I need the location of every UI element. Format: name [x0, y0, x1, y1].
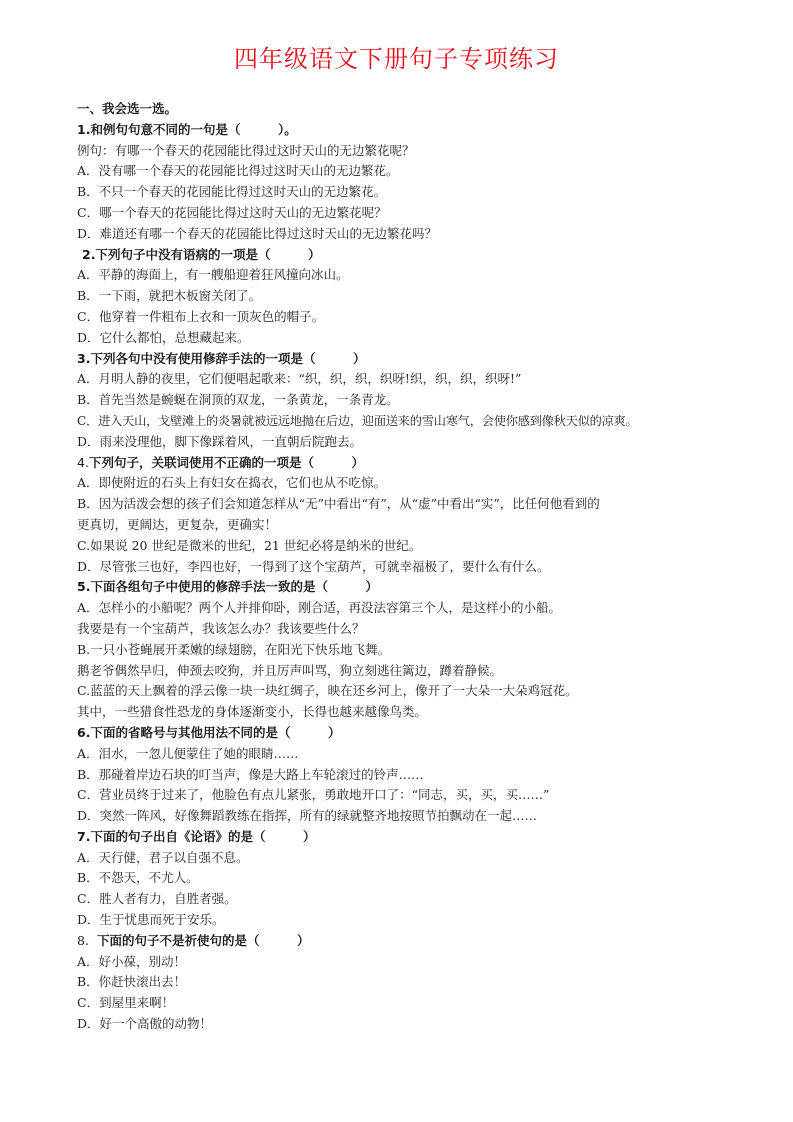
option-c: C．到屋里来啊！ [77, 993, 767, 1014]
option-a: A．好小葆，别动！ [77, 952, 767, 973]
question-prompt: 8.下面的句子不是祈使句的是（ ） [77, 931, 767, 952]
option-d: D．难道还有哪一个春天的花园能比得过这时天山的无边繁花吗？ [77, 224, 767, 245]
question-6: 6.下面的省略号与其他用法不同的是（ ） A．泪水，一忽儿便蒙住了她的眼睛…… … [77, 723, 767, 827]
option-d: D．尽管张三也好，李四也好，一得到了这个宝葫芦，可就幸福极了，要什么有什么。 [77, 557, 767, 578]
option-d: D．雨来没理他，脚下像踩着风，一直朝后院跑去。 [77, 432, 767, 453]
option-b-continued: 更真切，更阔达，更复杂，更确实！ [77, 515, 767, 536]
option-b: B．不怨天，不尤人。 [77, 868, 767, 889]
option-a-second: 我要是有一个宝葫芦，我该怎么办？我该要些什么？ [77, 619, 767, 640]
option-d: D．好一个高傲的动物！ [77, 1014, 767, 1035]
option-c-second: 其中，一些猎食性恐龙的身体逐渐变小，长得也越来越像鸟类。 [77, 702, 767, 723]
option-d: D．生于忧患而死于安乐。 [77, 910, 767, 931]
option-a: A．没有哪一个春天的花园能比得过这时天山的无边繁花。 [77, 161, 767, 182]
option-b: B．你赶快滚出去！ [77, 972, 767, 993]
question-3: 3.下列各句中没有使用修辞手法的一项是（ ） A．月明人静的夜里，它们便唱起歌来… [77, 349, 767, 453]
option-b: B．因为活泼会想的孩子们会知道怎样从“无”中看出“有”，从“虚”中看出“实”，比… [77, 494, 767, 515]
question-prompt: 2.下列句子中没有语病的一项是（ ） [77, 245, 767, 266]
question-prompt: 5.下面各组句子中使用的修辞手法一致的是（ ） [77, 577, 767, 598]
option-a: A．平静的海面上，有一艘船迎着狂风撞向冰山。 [77, 265, 767, 286]
option-c: C．他穿着一件粗布上衣和一顶灰色的帽子。 [77, 307, 767, 328]
option-c: C.如果说 20 世纪是微米的世纪，21 世纪必将是纳米的世纪。 [77, 536, 767, 557]
question-prompt: 4.下列句子，关联词使用不正确的一项是（ ） [77, 453, 767, 474]
option-b: B．那碰着岸边石块的叮当声，像是大路上车轮滚过的铃声…… [77, 765, 767, 786]
option-b: B．不只一个春天的花园能比得过这时天山的无边繁花。 [77, 182, 767, 203]
question-prompt: 1.和例句句意不同的一句是（ ）。 [77, 120, 767, 141]
option-c: C．哪一个春天的花园能比得过这时天山的无边繁花呢？ [77, 203, 767, 224]
document-title: 四年级语文下册句子专项练习 [0, 44, 793, 74]
option-c: C．进入天山，戈壁滩上的炎暑就被远远地抛在后边，迎面送来的雪山寒气，会使你感到像… [77, 411, 767, 432]
question-7: 7.下面的句子出自《论语》的是（ ） A．天行健，君子以自强不息。 B．不怨天，… [77, 827, 767, 931]
document-body: 一、我会选一选。 1.和例句句意不同的一句是（ ）。 例句：有哪一个春天的花园能… [77, 99, 767, 1035]
option-a: A．即使附近的石头上有妇女在捣衣，它们也从不吃惊。 [77, 473, 767, 494]
option-d: D．它什么都怕，总想藏起来。 [77, 328, 767, 349]
option-d: D．突然一阵风，好像舞蹈教练在指挥，所有的绿就整齐地按照节拍飘动在一起…… [77, 806, 767, 827]
option-c: C.蓝蓝的天上飘着的浮云像一块一块红绸子，映在还乡河上，像开了一大朵一大朵鸡冠花… [77, 681, 767, 702]
question-5: 5.下面各组句子中使用的修辞手法一致的是（ ） A．怎样小的小船呢？两个人并排仰… [77, 577, 767, 723]
option-a: A．泪水，一忽儿便蒙住了她的眼睛…… [77, 744, 767, 765]
option-b: B.一只小苍蝇展开柔嫩的绿翅膀，在阳光下快乐地飞舞。 [77, 640, 767, 661]
example-sentence: 例句：有哪一个春天的花园能比得过这时天山的无边繁花呢？ [77, 141, 767, 162]
section-heading: 一、我会选一选。 [77, 99, 767, 120]
option-c: C．胜人者有力，自胜者强。 [77, 889, 767, 910]
question-4: 4.下列句子，关联词使用不正确的一项是（ ） A．即使附近的石头上有妇女在捣衣，… [77, 453, 767, 578]
question-prompt: 7.下面的句子出自《论语》的是（ ） [77, 827, 767, 848]
question-1: 1.和例句句意不同的一句是（ ）。 例句：有哪一个春天的花园能比得过这时天山的无… [77, 120, 767, 245]
option-a: A．月明人静的夜里，它们便唱起歌来：“织，织，织，织呀!织，织，织，织呀!” [77, 369, 767, 390]
question-prompt: 3.下列各句中没有使用修辞手法的一项是（ ） [77, 349, 767, 370]
option-b: B．首先当然是蜿蜒在洞顶的双龙，一条黄龙，一条青龙。 [77, 390, 767, 411]
option-c: C．营业员终于过来了，他脸色有点儿紧张，勇敢地开口了：“同志，买，买，买……” [77, 785, 767, 806]
option-b: B．一下雨，就把木板窗关闭了。 [77, 286, 767, 307]
question-2: 2.下列句子中没有语病的一项是（ ） A．平静的海面上，有一艘船迎着狂风撞向冰山… [77, 245, 767, 349]
option-a: A．怎样小的小船呢？两个人并排仰卧，刚合适，再没法容第三个人，是这样小的小船。 [77, 598, 767, 619]
question-prompt: 6.下面的省略号与其他用法不同的是（ ） [77, 723, 767, 744]
option-a: A．天行健，君子以自强不息。 [77, 848, 767, 869]
question-8: 8.下面的句子不是祈使句的是（ ） A．好小葆，别动！ B．你赶快滚出去！ C．… [77, 931, 767, 1035]
option-b-second: 鹅老爷偶然早归，伸颈去咬狗，并且厉声叫骂，狗立刻逃往篱边，蹲着静候。 [77, 661, 767, 682]
